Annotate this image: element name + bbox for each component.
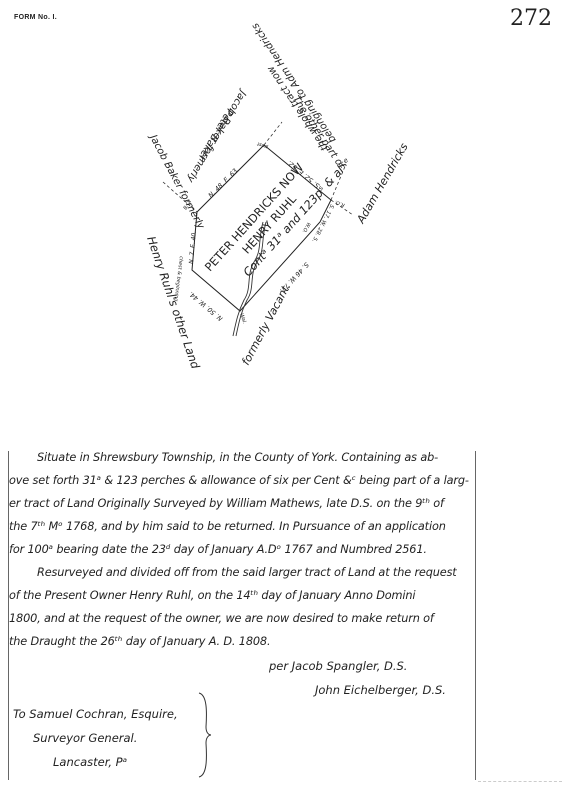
course-sw: N. 50. W. 44. xyxy=(187,290,224,323)
text-line: er tract of Land Originally Surveyed by … xyxy=(9,497,444,510)
adjoiner-east: Adam Hendricks xyxy=(354,141,411,227)
adjoiner-north-line3: belonging to Adm Hendricks xyxy=(250,21,338,145)
signatory-eichelberger: John Eichelberger, D.S. xyxy=(315,683,446,697)
addressee-place: Lancaster, Pᵃ xyxy=(53,755,127,769)
return-text-box: Situate in Shrewsbury Township, in the C… xyxy=(8,451,476,780)
brace-icon xyxy=(197,691,213,779)
addressee-name: To Samuel Cochran, Esquire, xyxy=(13,707,178,721)
text-line: 1800, and at the request of the owner, w… xyxy=(9,612,434,625)
text-line: ove set forth 31ᵃ & 123 perches & allowa… xyxy=(9,474,469,487)
signatory-spangler: per Jacob Spangler, D.S. xyxy=(269,659,407,673)
course-w: N. 7. E. 40. xyxy=(188,231,198,265)
corner-mark: Wal. xyxy=(238,313,247,325)
text-line: the 7ᵗʰ Mᵒ 1768, and by him said to be r… xyxy=(9,520,446,533)
addressee-title: Surveyor General. xyxy=(33,731,137,745)
corner-mark: post xyxy=(256,140,270,150)
corner-mark: R.O. xyxy=(334,199,346,208)
adjoiner-northwest: Jacob Baker formerly xyxy=(146,132,206,233)
corner-mark: W.O. xyxy=(301,221,312,234)
text-line: the Draught the 26ᵗʰ day of January A. D… xyxy=(9,635,270,648)
course-nw: N. 48. E. 63. xyxy=(207,165,241,199)
text-line: of the Present Owner Henry Ruhl, on the … xyxy=(9,589,415,602)
svg-text:Jacob Baker formerly: Jacob Baker formerly xyxy=(146,132,206,233)
adjoiner-nw-line2: Peter Baker xyxy=(195,106,235,163)
margin-area xyxy=(478,451,562,782)
adjoiner-north-line2: the whole tract now xyxy=(265,63,330,153)
text-line: Situate in Shrewsbury Township, in the C… xyxy=(37,451,438,464)
survey-draft: N. 48. E. 63. S. 52. E. 52. S. 17. W. 28… xyxy=(0,0,562,430)
course-e-upper: S. 17. W. 28. 5. xyxy=(310,203,334,243)
text-line: for 100ᵃ bearing date the 23ᵈ day of Jan… xyxy=(9,543,427,556)
text-line: Resurveyed and divided off from the said… xyxy=(37,566,457,579)
